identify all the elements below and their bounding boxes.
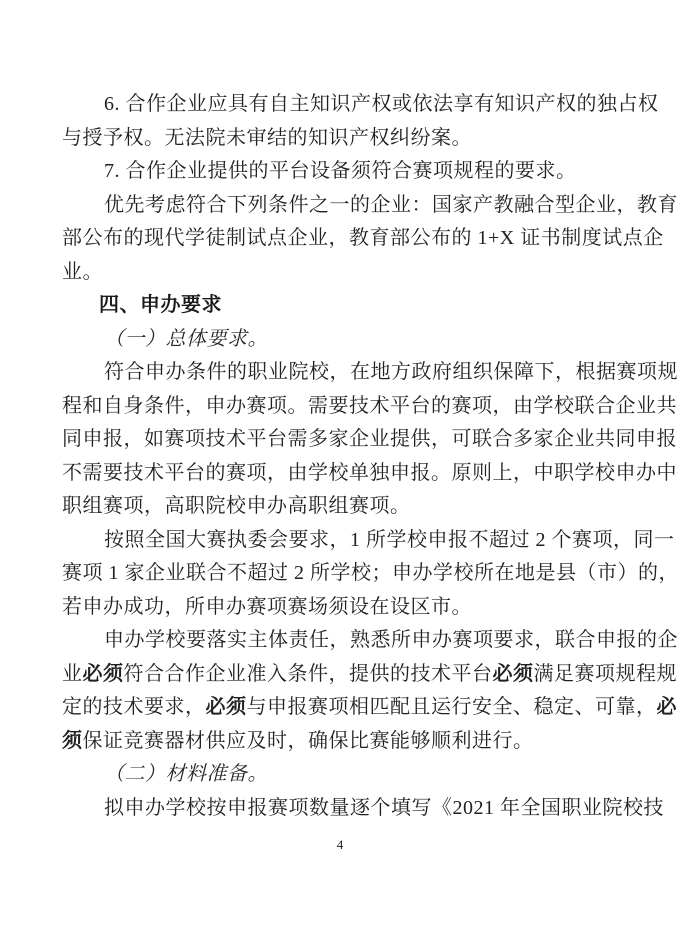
text-line: 若申办成功，所申办赛项赛场须设在设区市。	[62, 591, 620, 625]
text-line: 定的技术要求，必须与申报赛项相匹配且运行安全、稳定、可靠，必	[62, 691, 620, 725]
text-run: （二）材料准备。	[104, 763, 268, 785]
text-run: 部公布的现代学徒制试点企业，教育部公布的 1+X 证书制度试点企	[62, 227, 664, 249]
text-line: 拟申办学校按申报赛项数量逐个填写《2021 年全国职业院校技	[62, 792, 620, 826]
paragraph-body: 申办学校要落实主体责任，熟悉所申办赛项要求，联合申报的企业必须符合合作企业准入条…	[62, 624, 620, 758]
document-body: 6. 合作企业应具有自主知识产权或依法享有知识产权的独占权与授予权。无法院未审结…	[62, 88, 620, 825]
text-line: 赛项 1 家企业联合不超过 2 所学校；申办学校所在地是县（市）的，	[62, 557, 620, 591]
text-line: 同申报，如赛项技术平台需多家企业提供，可联合多家企业共同申报；	[62, 423, 620, 457]
text-run: 按照全国大赛执委会要求，1 所学校申报不超过 2 个赛项，同一	[104, 529, 675, 551]
emphasis-text: 必须	[206, 696, 247, 718]
text-line: 须保证竞赛器材供应及时，确保比赛能够顺利进行。	[62, 725, 620, 759]
text-line: 申办学校要落实主体责任，熟悉所申办赛项要求，联合申报的企	[62, 624, 620, 658]
text-run: 申办学校要落实主体责任，熟悉所申办赛项要求，联合申报的企	[104, 629, 678, 651]
text-run: 程和自身条件，申办赛项。需要技术平台的赛项，由学校联合企业共	[62, 395, 677, 417]
text-line: （一）总体要求。	[62, 323, 620, 357]
text-line: 职组赛项，高职院校申办高职组赛项。	[62, 490, 620, 524]
paragraph-body: 按照全国大赛执委会要求，1 所学校申报不超过 2 个赛项，同一赛项 1 家企业联…	[62, 524, 620, 625]
text-run: 与授予权。无法院未审结的知识产权纠纷案。	[62, 127, 472, 149]
text-line: 部公布的现代学徒制试点企业，教育部公布的 1+X 证书制度试点企	[62, 222, 620, 256]
text-run: 与申报赛项相匹配且运行安全、稳定、可靠，	[247, 696, 657, 718]
text-run: 若申办成功，所申办赛项赛场须设在设区市。	[62, 596, 472, 618]
paragraph-body: 7. 合作企业提供的平台设备须符合赛项规程的要求。	[62, 155, 620, 189]
text-run: 职组赛项，高职院校申办高职组赛项。	[62, 495, 411, 517]
text-run: 优先考虑符合下列条件之一的企业：国家产教融合型企业，教育	[104, 194, 678, 216]
text-line: 业必须符合合作企业准入条件，提供的技术平台必须满足赛项规程规	[62, 658, 620, 692]
paragraph-sub: （二）材料准备。	[62, 758, 620, 792]
emphasis-text: 须	[62, 730, 83, 752]
emphasis-text: 必须	[83, 663, 124, 685]
text-line: 优先考虑符合下列条件之一的企业：国家产教融合型企业，教育	[62, 189, 620, 223]
document-page: 6. 合作企业应具有自主知识产权或依法享有知识产权的独占权与授予权。无法院未审结…	[0, 0, 680, 938]
text-run: 拟申办学校按申报赛项数量逐个填写《2021 年全国职业院校技	[104, 797, 664, 819]
text-line: 6. 合作企业应具有自主知识产权或依法享有知识产权的独占权	[62, 88, 620, 122]
paragraph-heading: 四、申办要求	[62, 289, 620, 323]
text-line: 程和自身条件，申办赛项。需要技术平台的赛项，由学校联合企业共	[62, 390, 620, 424]
page-footer: 4	[0, 836, 680, 854]
text-line: 业。	[62, 256, 620, 290]
text-line: 不需要技术平台的赛项，由学校单独申报。原则上，中职学校申办中	[62, 457, 620, 491]
text-run: 同申报，如赛项技术平台需多家企业提供，可联合多家企业共同申报；	[62, 428, 680, 450]
emphasis-text: 必须	[493, 663, 534, 685]
text-run: 符合合作企业准入条件，提供的技术平台	[124, 663, 493, 685]
emphasis-text: 必	[657, 696, 678, 718]
text-run: 业。	[62, 261, 103, 283]
text-run: （一）总体要求。	[104, 328, 268, 350]
paragraph-body: 6. 合作企业应具有自主知识产权或依法享有知识产权的独占权与授予权。无法院未审结…	[62, 88, 620, 155]
text-run: 赛项 1 家企业联合不超过 2 所学校；申办学校所在地是县（市）的，	[62, 562, 679, 584]
text-line: 四、申办要求	[62, 289, 620, 323]
text-run: 符合申办条件的职业院校，在地方政府组织保障下，根据赛项规	[104, 361, 678, 383]
paragraph-body: 拟申办学校按申报赛项数量逐个填写《2021 年全国职业院校技	[62, 792, 620, 826]
text-line: 按照全国大赛执委会要求，1 所学校申报不超过 2 个赛项，同一	[62, 524, 620, 558]
text-run: 保证竞赛器材供应及时，确保比赛能够顺利进行。	[83, 730, 534, 752]
text-run: 四、申办要求	[99, 294, 222, 316]
text-line: 与授予权。无法院未审结的知识产权纠纷案。	[62, 122, 620, 156]
paragraph-body: 符合申办条件的职业院校，在地方政府组织保障下，根据赛项规程和自身条件，申办赛项。…	[62, 356, 620, 524]
text-run: 业	[62, 663, 83, 685]
paragraph-body: 优先考虑符合下列条件之一的企业：国家产教融合型企业，教育部公布的现代学徒制试点企…	[62, 189, 620, 290]
text-run: 满足赛项规程规	[534, 663, 678, 685]
text-line: （二）材料准备。	[62, 758, 620, 792]
text-run: 7. 合作企业提供的平台设备须符合赛项规程的要求。	[104, 160, 577, 182]
text-line: 符合申办条件的职业院校，在地方政府组织保障下，根据赛项规	[62, 356, 620, 390]
text-run: 6. 合作企业应具有自主知识产权或依法享有知识产权的独占权	[104, 93, 659, 115]
text-run: 定的技术要求，	[62, 696, 206, 718]
paragraph-sub: （一）总体要求。	[62, 323, 620, 357]
text-line: 7. 合作企业提供的平台设备须符合赛项规程的要求。	[62, 155, 620, 189]
page-number: 4	[337, 837, 344, 852]
text-run: 不需要技术平台的赛项，由学校单独申报。原则上，中职学校申办中	[62, 462, 677, 484]
